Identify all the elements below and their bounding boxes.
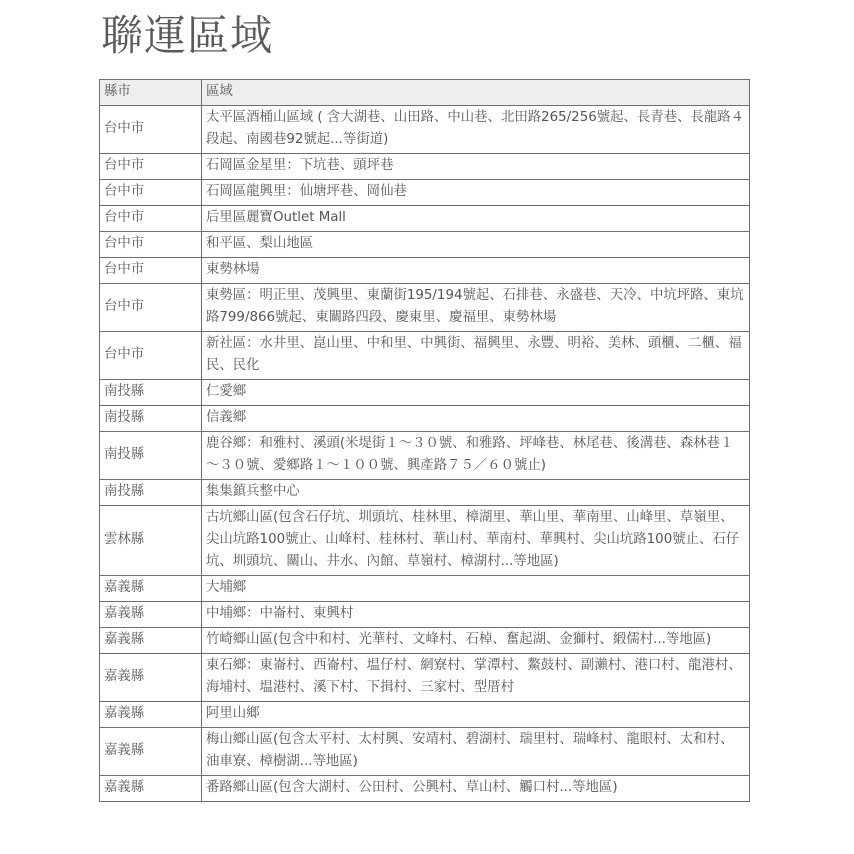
area-cell: 太平區酒桶山區域 ( 含大湖巷、山田路、中山巷、北田路265/256號起、長青巷… xyxy=(202,106,750,154)
county-cell: 台中市 xyxy=(100,106,202,154)
area-cell: 和平區、梨山地區 xyxy=(202,232,750,258)
county-cell: 嘉義縣 xyxy=(100,776,202,802)
county-cell: 南投縣 xyxy=(100,406,202,432)
area-cell: 新社區：水井里、崑山里、中和里、中興街、福興里、永豐、明裕、美林、頭櫃、二櫃、福… xyxy=(202,332,750,380)
area-cell: 鹿谷鄉：和雅村、溪頭(米堤街１～３０號、和雅路、坪峰巷、林尾巷、後溝巷、森林巷１… xyxy=(202,432,750,480)
area-cell: 大埔鄉 xyxy=(202,576,750,602)
county-cell: 南投縣 xyxy=(100,432,202,480)
table-row: 嘉義縣東石鄉：東崙村、西崙村、塭仔村、網寮村、掌潭村、鰲鼓村、副瀨村、港口村、龍… xyxy=(100,654,750,702)
column-header-area: 區域 xyxy=(202,80,750,106)
area-cell: 中埔鄉：中崙村、東興村 xyxy=(202,602,750,628)
page-title: 聯運區域 xyxy=(101,8,273,64)
table-row: 南投縣集集鎮兵整中心 xyxy=(100,480,750,506)
county-cell: 嘉義縣 xyxy=(100,602,202,628)
county-cell: 嘉義縣 xyxy=(100,654,202,702)
area-cell: 東勢林場 xyxy=(202,258,750,284)
table-row: 南投縣鹿谷鄉：和雅村、溪頭(米堤街１～３０號、和雅路、坪峰巷、林尾巷、後溝巷、森… xyxy=(100,432,750,480)
table-row: 南投縣仁愛鄉 xyxy=(100,380,750,406)
county-cell: 雲林縣 xyxy=(100,506,202,576)
county-cell: 台中市 xyxy=(100,258,202,284)
table-row: 嘉義縣竹崎鄉山區(包含中和村、光華村、文峰村、石棹、奮起湖、金獅村、緞儒村...… xyxy=(100,628,750,654)
area-cell: 梅山鄉山區(包含太平村、太村興、安靖村、碧湖村、瑞里村、瑞峰村、龍眼村、太和村、… xyxy=(202,728,750,776)
area-cell: 集集鎮兵整中心 xyxy=(202,480,750,506)
county-cell: 嘉義縣 xyxy=(100,728,202,776)
table-row: 台中市東勢林場 xyxy=(100,258,750,284)
area-cell: 后里區麗寶Outlet Mall xyxy=(202,206,750,232)
area-cell: 番路鄉山區(包含大湖村、公田村、公興村、草山村、觸口村...等地區) xyxy=(202,776,750,802)
county-cell: 台中市 xyxy=(100,206,202,232)
county-cell: 台中市 xyxy=(100,284,202,332)
table-row: 台中市石岡區龍興里：仙塘坪巷、岡仙巷 xyxy=(100,180,750,206)
service-area-table: 縣市 區域 台中市太平區酒桶山區域 ( 含大湖巷、山田路、中山巷、北田路265/… xyxy=(99,79,750,802)
table-row: 嘉義縣大埔鄉 xyxy=(100,576,750,602)
county-cell: 台中市 xyxy=(100,232,202,258)
area-cell: 竹崎鄉山區(包含中和村、光華村、文峰村、石棹、奮起湖、金獅村、緞儒村...等地區… xyxy=(202,628,750,654)
table-row: 台中市和平區、梨山地區 xyxy=(100,232,750,258)
county-cell: 台中市 xyxy=(100,180,202,206)
table-row: 雲林縣古坑鄉山區(包含石仔坑、圳頭坑、桂林里、樟湖里、華山里、華南里、山峰里、草… xyxy=(100,506,750,576)
area-cell: 古坑鄉山區(包含石仔坑、圳頭坑、桂林里、樟湖里、華山里、華南里、山峰里、草嶺里、… xyxy=(202,506,750,576)
column-header-county: 縣市 xyxy=(100,80,202,106)
county-cell: 嘉義縣 xyxy=(100,576,202,602)
table-row: 嘉義縣梅山鄉山區(包含太平村、太村興、安靖村、碧湖村、瑞里村、瑞峰村、龍眼村、太… xyxy=(100,728,750,776)
table-row: 台中市石岡區金星里：下坑巷、頭坪巷 xyxy=(100,154,750,180)
table-row: 嘉義縣番路鄉山區(包含大湖村、公田村、公興村、草山村、觸口村...等地區) xyxy=(100,776,750,802)
table-row: 嘉義縣阿里山鄉 xyxy=(100,702,750,728)
county-cell: 台中市 xyxy=(100,332,202,380)
area-cell: 石岡區金星里：下坑巷、頭坪巷 xyxy=(202,154,750,180)
area-cell: 東勢區：明正里、茂興里、東蘭街195/194號起、石排巷、永盛巷、天冷、中坑坪路… xyxy=(202,284,750,332)
table-header-row: 縣市 區域 xyxy=(100,80,750,106)
table-row: 台中市后里區麗寶Outlet Mall xyxy=(100,206,750,232)
table-row: 嘉義縣中埔鄉：中崙村、東興村 xyxy=(100,602,750,628)
county-cell: 嘉義縣 xyxy=(100,628,202,654)
table-row: 台中市太平區酒桶山區域 ( 含大湖巷、山田路、中山巷、北田路265/256號起、… xyxy=(100,106,750,154)
county-cell: 嘉義縣 xyxy=(100,702,202,728)
area-cell: 阿里山鄉 xyxy=(202,702,750,728)
area-cell: 東石鄉：東崙村、西崙村、塭仔村、網寮村、掌潭村、鰲鼓村、副瀨村、港口村、龍港村、… xyxy=(202,654,750,702)
table-row: 南投縣信義鄉 xyxy=(100,406,750,432)
county-cell: 南投縣 xyxy=(100,480,202,506)
area-cell: 信義鄉 xyxy=(202,406,750,432)
area-cell: 石岡區龍興里：仙塘坪巷、岡仙巷 xyxy=(202,180,750,206)
table-row: 台中市新社區：水井里、崑山里、中和里、中興街、福興里、永豐、明裕、美林、頭櫃、二… xyxy=(100,332,750,380)
area-cell: 仁愛鄉 xyxy=(202,380,750,406)
county-cell: 南投縣 xyxy=(100,380,202,406)
table-row: 台中市東勢區：明正里、茂興里、東蘭街195/194號起、石排巷、永盛巷、天冷、中… xyxy=(100,284,750,332)
county-cell: 台中市 xyxy=(100,154,202,180)
